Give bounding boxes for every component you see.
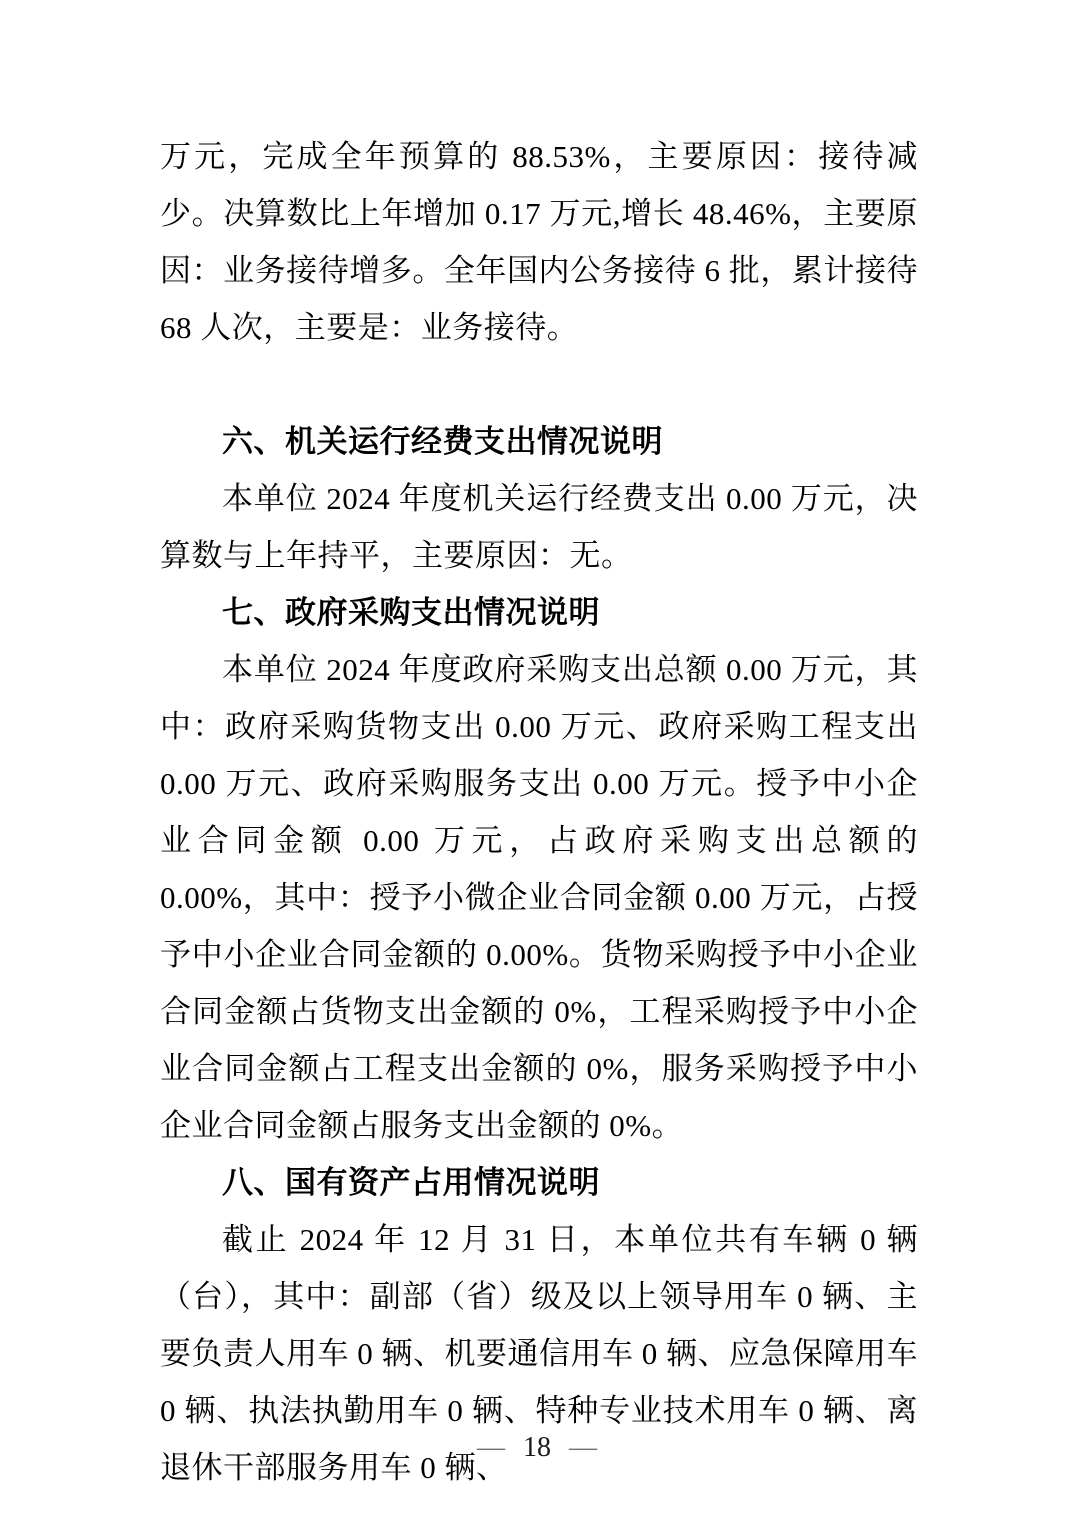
page-footer: — 18 — <box>0 1428 1074 1468</box>
page-content: 万元，完成全年预算的 88.53%，主要原因：接待减少。决算数比上年增加 0.1… <box>160 128 918 1496</box>
document-page: 万元，完成全年预算的 88.53%，主要原因：接待减少。决算数比上年增加 0.1… <box>0 0 1074 1520</box>
paragraph-agency-operating-expenses: 本单位 2024 年度机关运行经费支出 0.00 万元，决算数与上年持平，主要原… <box>160 470 918 584</box>
page-number: 18 <box>523 1428 551 1468</box>
heading-section-7-government-procurement: 七、政府采购支出情况说明 <box>160 584 918 641</box>
paragraph-official-reception-continuation: 万元，完成全年预算的 88.53%，主要原因：接待减少。决算数比上年增加 0.1… <box>160 128 918 356</box>
paragraph-government-procurement: 本单位 2024 年度政府采购支出总额 0.00 万元，其中：政府采购货物支出 … <box>160 641 918 1154</box>
footer-left-dash: — <box>477 1428 505 1468</box>
footer-right-dash: — <box>569 1428 597 1468</box>
heading-section-8-state-owned-assets: 八、国有资产占用情况说明 <box>160 1154 918 1211</box>
heading-section-6-agency-operating-expenses: 六、机关运行经费支出情况说明 <box>160 413 918 470</box>
